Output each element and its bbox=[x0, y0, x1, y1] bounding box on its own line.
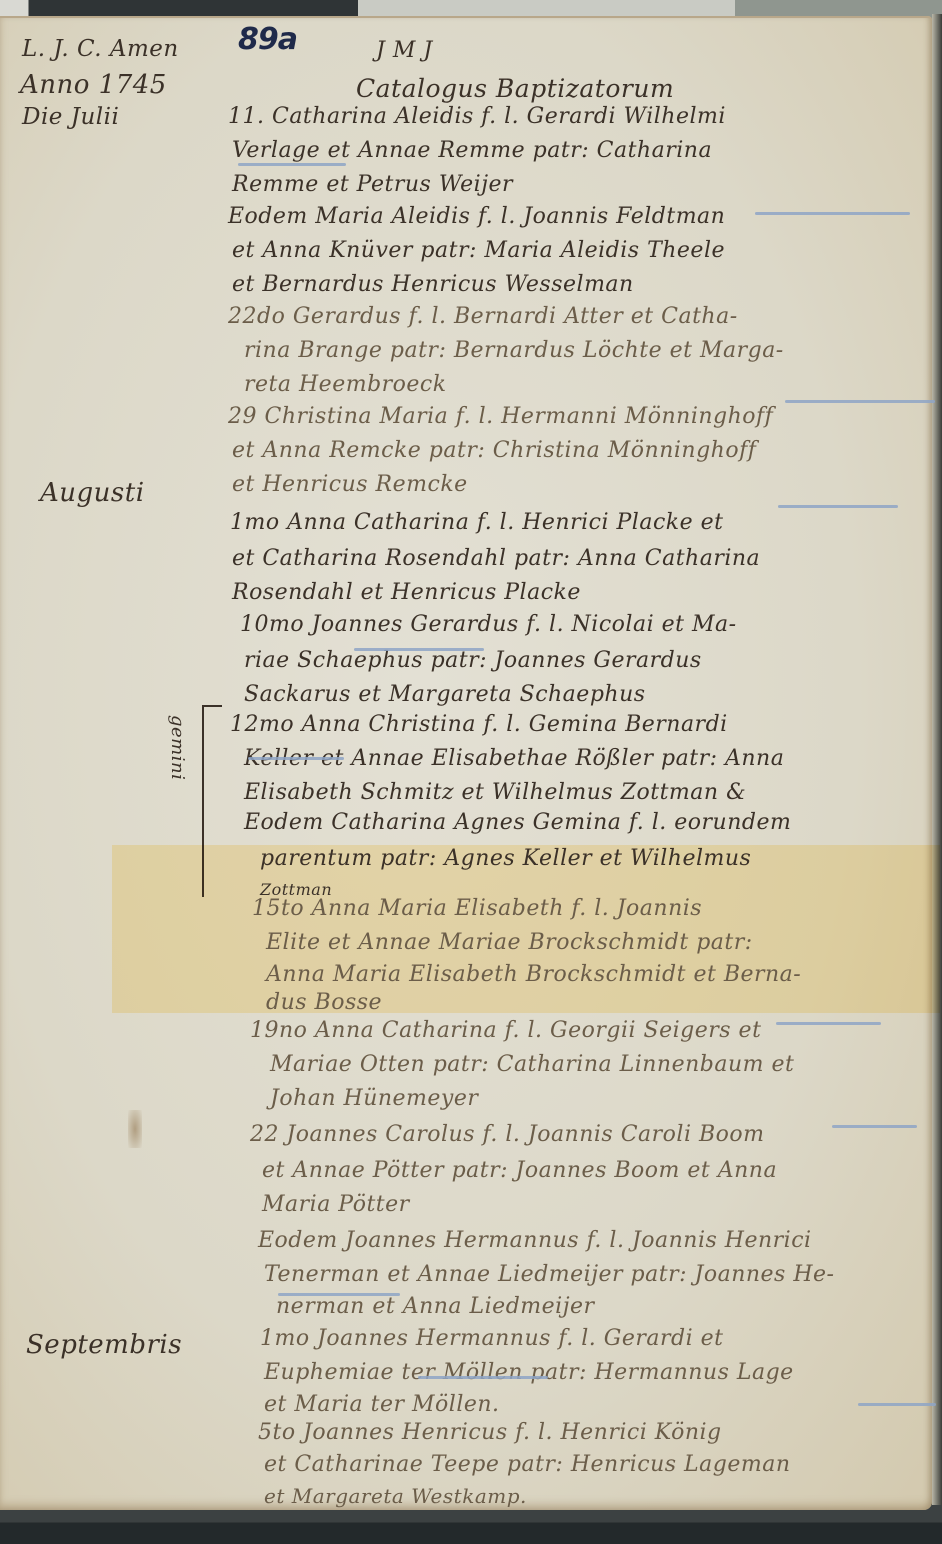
month-august: Augusti bbox=[40, 478, 145, 508]
entry-line: nerman et Anna Liedmeijer bbox=[276, 1294, 595, 1319]
monogram: J M J bbox=[376, 38, 433, 63]
entry-line: Verlage et Annae Remme patr: Catharina bbox=[232, 138, 712, 163]
highlighted-entry-line: 15to Anna Maria Elisabeth f. l. Joannis bbox=[252, 896, 702, 921]
pencil-underline bbox=[776, 1022, 881, 1025]
year-label: Anno 1745 bbox=[20, 70, 167, 100]
entry-line: Eodem Catharina Agnes Gemina f. l. eorun… bbox=[244, 810, 791, 835]
book-binding-right bbox=[932, 14, 942, 1544]
pencil-underline bbox=[755, 212, 910, 215]
entry-line: riae Schaephus patr: Joannes Gerardus bbox=[244, 648, 702, 673]
entry-line: Johan Hünemeyer bbox=[270, 1086, 478, 1111]
entry-line: Mariae Otten patr: Catharina Linnenbaum … bbox=[270, 1052, 794, 1077]
entry-line: Eodem Maria Aleidis f. l. Joannis Feldtm… bbox=[228, 204, 725, 229]
pencil-underline bbox=[238, 163, 346, 166]
entry-line: et Margareta Westkamp. bbox=[264, 1484, 527, 1508]
entry-line: parentum patr: Agnes Keller et Wilhelmus bbox=[260, 846, 751, 871]
entry-line: et Catharinae Teepe patr: Henricus Lagem… bbox=[264, 1452, 791, 1477]
month-september: Septembris bbox=[26, 1330, 182, 1360]
entry-line: 5to Joannes Henricus f. l. Henrici König bbox=[258, 1420, 722, 1445]
entry-line: 29 Christina Maria f. l. Hermanni Mönnin… bbox=[228, 404, 773, 429]
entry-line: 12mo Anna Christina f. l. Gemina Bernard… bbox=[230, 712, 728, 737]
entry-line: Elisabeth Schmitz et Wilhelmus Zottman & bbox=[244, 780, 746, 805]
entry-line: Maria Pötter bbox=[262, 1192, 410, 1217]
entry-line: 22 Joannes Carolus f. l. Joannis Caroli … bbox=[250, 1122, 765, 1147]
entry-line: Euphemiae ter Möllen patr: Hermannus Lag… bbox=[264, 1360, 794, 1385]
entry-line: Rosendahl et Henricus Placke bbox=[232, 580, 581, 605]
entry-line: 19no Anna Catharina f. l. Georgii Seiger… bbox=[250, 1018, 761, 1043]
entry-line: et Annae Pötter patr: Joannes Boom et An… bbox=[262, 1158, 777, 1183]
highlighted-entry-line: Elite et Annae Mariae Brockschmidt patr: bbox=[266, 930, 753, 955]
entry-line: et Catharina Rosendahl patr: Anna Cathar… bbox=[232, 546, 760, 571]
entry-line: reta Heembroeck bbox=[244, 372, 447, 397]
pencil-underline bbox=[418, 1376, 548, 1379]
pencil-underline bbox=[858, 1403, 936, 1406]
pencil-underline bbox=[354, 648, 484, 651]
margin-note-gemini: gemini bbox=[167, 715, 188, 780]
entry-line: Remme et Petrus Weijer bbox=[232, 172, 513, 197]
entry-line: rina Brange patr: Bernardus Löchte et Ma… bbox=[244, 338, 784, 363]
pencil-underline bbox=[778, 505, 898, 508]
folio-number: 89a bbox=[238, 22, 297, 57]
paper-stain bbox=[128, 1110, 142, 1148]
highlighted-entry-line: dus Bosse bbox=[266, 990, 382, 1015]
pencil-underline bbox=[248, 757, 344, 760]
pencil-underline bbox=[785, 400, 935, 403]
book-binding-bottom bbox=[0, 1505, 942, 1544]
entry-line: et Henricus Remcke bbox=[232, 472, 468, 497]
entry-line: 10mo Joannes Gerardus f. l. Nicolai et M… bbox=[240, 612, 737, 637]
entry-line: Eodem Joannes Hermannus f. l. Joannis He… bbox=[258, 1228, 812, 1253]
entry-line: Sackarus et Margareta Schaephus bbox=[244, 682, 646, 707]
entry-line: et Anna Knüver patr: Maria Aleidis Theel… bbox=[232, 238, 725, 263]
entry-line: Tenerman et Annae Liedmeijer patr: Joann… bbox=[264, 1262, 834, 1287]
highlighted-entry-line: Anna Maria Elisabeth Brockschmidt et Ber… bbox=[266, 962, 801, 987]
entry-line: 22do Gerardus f. l. Bernardi Atter et Ca… bbox=[228, 304, 738, 329]
entry-line: et Bernardus Henricus Wesselman bbox=[232, 272, 634, 297]
entry-line: 1mo Anna Catharina f. l. Henrici Placke … bbox=[230, 510, 723, 535]
invocation: L. J. C. Amen bbox=[22, 36, 179, 62]
month-july: Die Julii bbox=[22, 104, 119, 130]
register-title: Catalogus Baptizatorum bbox=[356, 74, 674, 103]
entry-line: et Maria ter Möllen. bbox=[264, 1392, 500, 1417]
pencil-underline bbox=[278, 1293, 400, 1296]
entry-line: 11. Catharina Aleidis f. l. Gerardi Wilh… bbox=[228, 104, 726, 129]
pencil-underline bbox=[832, 1125, 917, 1128]
entry-line: 1mo Joannes Hermannus f. l. Gerardi et bbox=[260, 1326, 724, 1351]
entry-line: et Anna Remcke patr: Christina Mönningho… bbox=[232, 438, 756, 463]
